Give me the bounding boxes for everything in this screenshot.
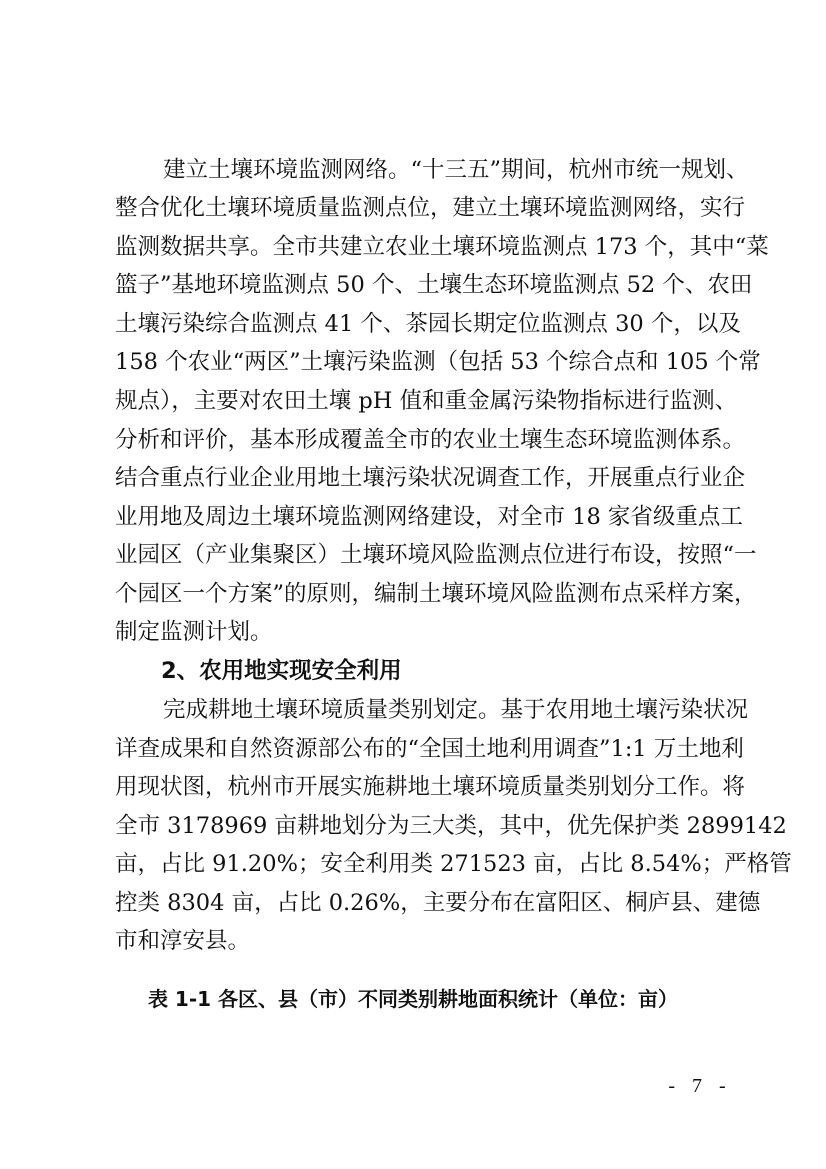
paragraph-1-line-6: 158 个农业“两区”土壤污染监测（包括 53 个综合点和 105 个常 <box>115 343 723 381</box>
paragraph-2-line-2: 详查成果和自然资源部公布的“全国土地利用调查”1:1 万土地利 <box>115 730 723 768</box>
paragraph-1-line-9: 结合重点行业企业用地土壤污染状况调查工作，开展重点行业企 <box>115 459 723 497</box>
paragraph-2-line-1: 完成耕地土壤环境质量类别划定。基于农用地土壤污染状况 <box>163 691 723 729</box>
paragraph-1-line-3: 监测数据共享。全市共建立农业土壤环境监测点 173 个，其中“菜 <box>115 228 723 266</box>
paragraph-2-line-3: 用现状图，杭州市开展实施耕地土壤环境质量类别划分工作。将 <box>115 768 723 806</box>
paragraph-1-line-5: 土壤污染综合监测点 41 个、茶园长期定位监测点 30 个，以及 <box>115 305 723 343</box>
paragraph-1-line-13: 制定监测计划。 <box>115 613 723 651</box>
paragraph-1-line-10: 业用地及周边土壤环境监测网络建设，对全市 18 家省级重点工 <box>115 498 723 536</box>
table-caption: 表 1-1 各区、县（市）不同类别耕地面积统计（单位：亩） <box>0 980 826 1018</box>
paragraph-1-line-8: 分析和评价，基本形成覆盖全市的农业土壤生态环境监测体系。 <box>115 421 723 459</box>
document-page: 建立土壤环境监测网络。“十三五”期间，杭州市统一规划、 整合优化土壤环境质量监测… <box>0 0 826 1169</box>
section-heading: 2、农用地实现安全利用 <box>161 652 402 690</box>
paragraph-1-line-1: 建立土壤环境监测网络。“十三五”期间，杭州市统一规划、 <box>163 151 723 189</box>
paragraph-1-line-2: 整合优化土壤环境质量监测点位，建立土壤环境监测网络，实行 <box>115 189 723 227</box>
paragraph-2-line-5: 亩，占比 91.20%；安全利用类 271523 亩，占比 8.54%；严格管 <box>115 845 723 883</box>
paragraph-1-line-4: 篮子”基地环境监测点 50 个、土壤生态环境监测点 52 个、农田 <box>115 266 723 304</box>
paragraph-2-line-7: 市和淳安县。 <box>115 922 723 960</box>
paragraph-2-line-4: 全市 3178969 亩耕地划分为三大类，其中，优先保护类 2899142 <box>115 807 723 845</box>
paragraph-1-line-7: 规点），主要对农田土壤 pH 值和重金属污染物指标进行监测、 <box>115 382 723 420</box>
paragraph-1-line-11: 业园区（产业集聚区）土壤环境风险监测点位进行布设，按照“一 <box>115 536 723 574</box>
page-number: - 7 - <box>660 1072 740 1100</box>
paragraph-2-line-6: 控类 8304 亩，占比 0.26%，主要分布在富阳区、桐庐县、建德 <box>115 884 723 922</box>
paragraph-1-line-12: 个园区一个方案”的原则，编制土壤环境风险监测布点采样方案， <box>115 575 723 613</box>
